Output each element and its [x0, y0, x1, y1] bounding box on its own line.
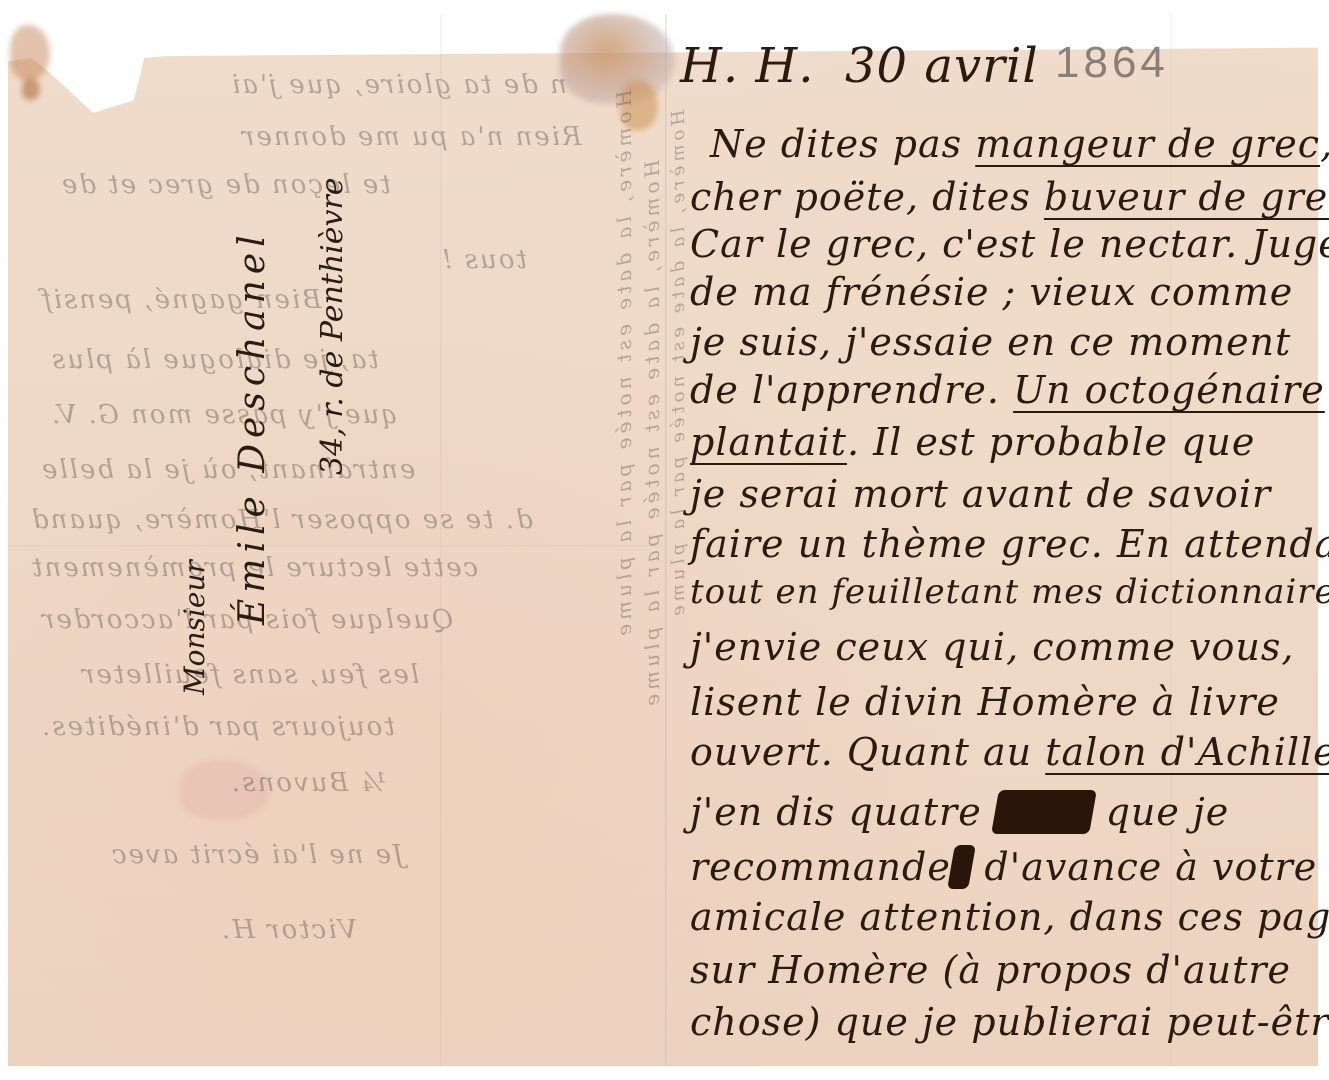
bleed-line: les feu, sans feuilleter: [80, 660, 419, 690]
text: . Il est probable que: [847, 420, 1255, 464]
header-date: 30 avril: [845, 38, 1039, 94]
letter-line: ouvert. Quant au talon d'Achille,: [690, 730, 1329, 774]
text: sur Homère (à propos d'autre: [690, 948, 1291, 992]
letter-line: de ma frénésie ; vieux comme: [690, 270, 1293, 314]
text: cher poëte, dites: [690, 175, 1044, 219]
center-fold-line: [665, 14, 667, 1066]
letter-line: chose) que je publierai peut-être: [690, 1000, 1329, 1044]
bleed-line: ¼ Buvons.: [230, 768, 386, 798]
text: de ma frénésie ; vieux comme: [690, 270, 1293, 314]
bleed-fold-column: Homère, la date est notée par la plume: [612, 90, 636, 640]
text: de l'apprendre.: [690, 368, 1013, 412]
text: lisent le divin Homère à livre: [690, 680, 1280, 724]
bleed-line: Je ne l'ai écrit avec: [110, 840, 404, 870]
bleed-fold-column: Homère, la date est notée par la plume: [640, 160, 664, 710]
bleed-line: tous !: [440, 245, 527, 275]
bleed-line: Bien gagné, pensif: [40, 285, 321, 315]
bleed-line: Victor H.: [220, 915, 357, 945]
letter-line: cher poëte, dites buveur de grec.: [690, 175, 1329, 219]
text: chose) que je publierai peut-être: [690, 1000, 1329, 1044]
letter-line: sur Homère (à propos d'autre: [690, 948, 1291, 992]
letter-line: lisent le divin Homère à livre: [690, 680, 1280, 724]
text: ouvert. Quant au: [690, 730, 1045, 774]
address-salutation: Monsieur: [178, 560, 211, 695]
letter-line: j'envie ceux qui, comme vous,: [690, 625, 1294, 669]
text: amicale attention, dans ces pages: [690, 895, 1329, 939]
pencil-year-annotation: 1864: [1055, 38, 1169, 88]
text: que je: [1092, 790, 1229, 834]
horizontal-fold-line: [8, 545, 663, 547]
text: ,: [1320, 122, 1329, 166]
bleed-line: entraînant, où je la belle: [40, 455, 415, 485]
corner-spot: [22, 78, 40, 100]
header-place: H. H.: [680, 38, 815, 94]
letter-line: je serai mort avant de savoir: [690, 472, 1271, 516]
letter-line: recommandes d'avance à votre: [690, 845, 1317, 889]
text: j'en dis quatre: [690, 790, 995, 834]
corner-stain: [10, 25, 50, 80]
text: je serai mort avant de savoir: [690, 472, 1271, 516]
underlined-text: Un octogénaire: [1013, 368, 1325, 412]
text: d'avance à votre: [971, 845, 1317, 889]
text: je suis, j'essaie en ce moment: [690, 320, 1291, 364]
photo-stage: n de ta gloire, que j'ai Rien n'a pu me …: [0, 0, 1329, 1080]
crossed-out-word: mots: [991, 790, 1096, 834]
bleed-line: n de ta gloire, que j'ai: [230, 70, 567, 100]
text: Car le grec, c'est le nectar. Jugez: [690, 222, 1329, 266]
text: Ne dites pas: [710, 122, 975, 166]
address-street: 34, r. de Penthièvre: [315, 177, 350, 475]
letter-line: je suis, j'essaie en ce moment: [690, 320, 1291, 364]
underlined-text: plantait: [690, 420, 847, 464]
bleed-line: d. te se opposer l'Homère, quand: [30, 505, 533, 535]
bleed-line: toujours par d'inédites.: [40, 712, 395, 742]
underlined-text: buveur de grec: [1044, 175, 1329, 219]
text: j'envie ceux qui, comme vous,: [690, 625, 1294, 669]
text: tout en feuilletant mes dictionnaires,: [690, 572, 1329, 612]
letter-line: faire un thème grec. En attendant,: [690, 522, 1329, 566]
bleed-line: Rien n'a pu me donner: [240, 122, 582, 152]
underlined-text: talon d'Achille: [1045, 730, 1329, 774]
letter-line: amicale attention, dans ces pages: [690, 895, 1329, 939]
letter-line: de l'apprendre. Un octogénaire: [690, 368, 1325, 412]
text: faire un thème grec. En attendant,: [690, 522, 1329, 566]
letter-line: plantait. Il est probable que: [690, 420, 1255, 464]
left-fold-line: [440, 14, 442, 1066]
letter-line: j'en dis quatre mots que je: [690, 790, 1229, 834]
letter-line: Ne dites pas mangeur de grec,: [710, 122, 1329, 166]
text: recommande: [690, 845, 951, 889]
letter-line: Car le grec, c'est le nectar. Jugez: [690, 222, 1329, 266]
address-recipient-name: Émile Deschanel: [232, 229, 273, 625]
letter-line: tout en feuilletant mes dictionnaires,: [690, 572, 1329, 612]
underlined-text: mangeur de grec: [975, 122, 1320, 166]
bleed-fold-column: Homère, la date est notée par la plume: [668, 110, 689, 620]
